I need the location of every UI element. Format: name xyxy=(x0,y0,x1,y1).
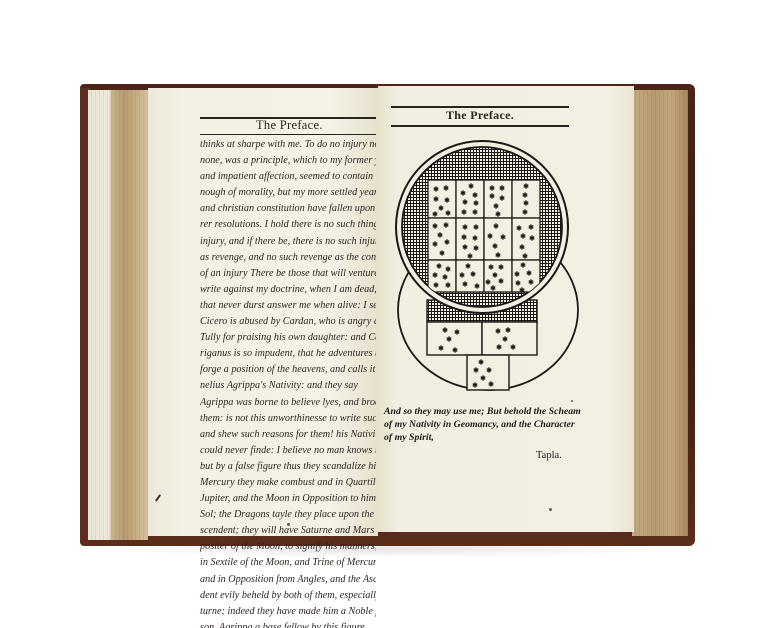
left-page-text: thinks at sharpe with me. To do no injur… xyxy=(200,137,376,628)
text-line: dent evily beheld by both of them, espec… xyxy=(200,588,376,604)
figure-caption: And so they may use me; But behold the S… xyxy=(384,405,594,444)
running-head-right: The Preface. xyxy=(446,108,514,123)
text-line: son, Agrippa a base fellow by this figur… xyxy=(200,620,376,628)
geomancy-scheme-figure xyxy=(395,140,585,400)
head-rule-bottom-right xyxy=(391,125,569,127)
text-line: Mercury they make combust and in Quartil… xyxy=(200,475,376,491)
running-head-left: The Preface. xyxy=(256,118,323,133)
text-line: and in Opposition from Angles, and the A… xyxy=(200,572,376,588)
caption-line: of my Spirit, xyxy=(384,431,594,444)
text-line: and shew such reasons for them! his Nati… xyxy=(200,427,376,443)
text-line: Sol; the Dragons tayle they place upon t… xyxy=(200,507,376,523)
text-line: and impatient affection, seemed to conta… xyxy=(200,169,376,185)
text-line: could never finde: I believe no man know… xyxy=(200,443,376,459)
text-line: as revenge, and no such revenge as the c… xyxy=(200,250,376,266)
caption-line: of my Nativity in Geomancy, and the Char… xyxy=(384,418,594,431)
catchword: Tapla. xyxy=(536,450,562,461)
text-line: of an injury There be those that will ve… xyxy=(200,266,376,282)
text-line: forge a position of the heavens, and cal… xyxy=(200,362,376,378)
text-line: Jupiter, and the Moon in Opposition to h… xyxy=(200,491,376,507)
text-line: in Sextile of the Moon, and Trine of Mer… xyxy=(200,555,376,571)
text-line: write against my doctrine, when I am dea… xyxy=(200,282,376,298)
text-line: riganus is so impudent, that he adventur… xyxy=(200,346,376,362)
foxing-spot xyxy=(571,400,573,402)
foxing-spot xyxy=(287,523,290,526)
text-line: positer of the Moon, to signify his mann… xyxy=(200,539,376,555)
text-line: injury, and if there be, there is no suc… xyxy=(200,234,376,250)
text-line: them: is not this unworthinesse to write… xyxy=(200,411,376,427)
head-rule-bottom-left xyxy=(200,134,376,135)
caption-line: And so they may use me; But behold the S… xyxy=(384,405,594,418)
left-page-edges xyxy=(88,90,148,540)
text-line: turne; indeed they have made him a Noble… xyxy=(200,604,376,620)
text-line: but by a false figure thus they scandali… xyxy=(200,459,376,475)
text-line: nough of morality, but my more settled y… xyxy=(200,185,376,201)
text-line: nelius Agrippa's Nativity: and they say xyxy=(200,378,376,394)
text-line: Cicero is abused by Cardan, who is angry… xyxy=(200,314,376,330)
right-page-edges xyxy=(632,90,688,536)
text-line: and christian constitution have fallen u… xyxy=(200,201,376,217)
text-line: Agrippa was borne to believe lyes, and b… xyxy=(200,395,376,411)
text-line: rer resolutions. I hold there is no such… xyxy=(200,217,376,233)
foxing-spot xyxy=(549,508,552,511)
text-line: none, was a principle, which to my forme… xyxy=(200,153,376,169)
text-line: Tully for praising his own daughter: and… xyxy=(200,330,376,346)
text-line: thinks at sharpe with me. To do no injur… xyxy=(200,137,376,153)
text-line: that never durst answer me when alive: I… xyxy=(200,298,376,314)
